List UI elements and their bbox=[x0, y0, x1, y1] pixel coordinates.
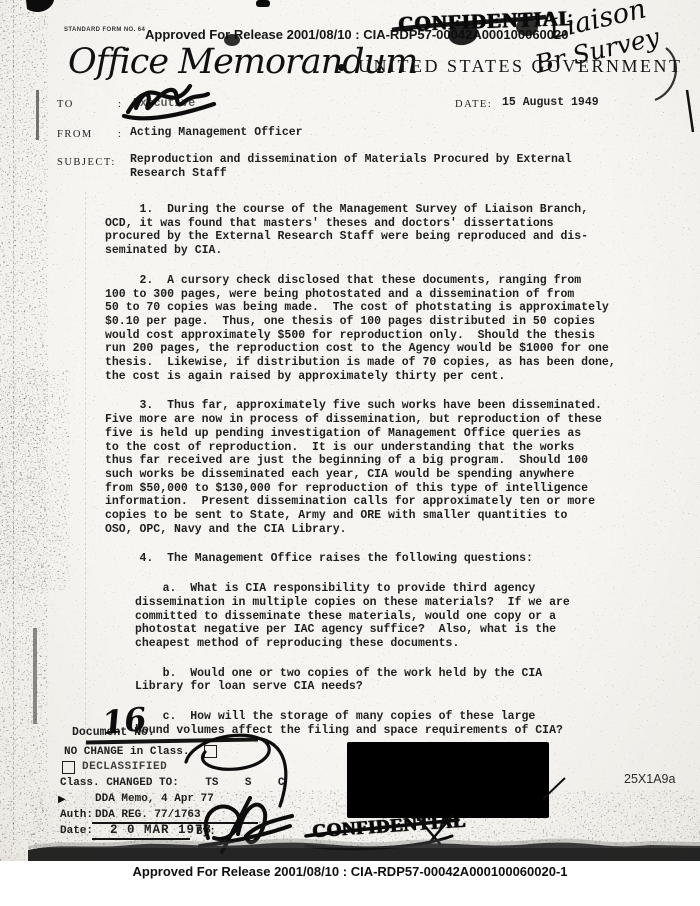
scanned-memo-page: STANDARD FORM NO. 64 Approved For Releas… bbox=[0, 0, 700, 861]
no-change-checkbox bbox=[204, 745, 217, 758]
corner-blob bbox=[26, 0, 54, 12]
scan-bottom-edge bbox=[28, 843, 700, 861]
memo-body: 1. During the course of the Management S… bbox=[105, 203, 627, 754]
document-no-handwritten-value: 16 bbox=[100, 700, 148, 742]
no-change-line: NO CHANGE in Class. bbox=[64, 746, 189, 758]
auth-label: Auth: bbox=[60, 809, 93, 821]
title-separator-dot-icon bbox=[338, 64, 345, 71]
auth-value: DDA REG. 77/1763 bbox=[95, 809, 201, 821]
to-label: TO bbox=[57, 99, 74, 110]
memo-paragraph-2: 2. A cursory check disclosed that these … bbox=[105, 274, 627, 384]
footer-release-line: Approved For Release 2001/08/10 : CIA-RD… bbox=[0, 864, 700, 879]
paper-fold-line bbox=[13, 0, 14, 845]
from-value: Acting Management Officer bbox=[130, 126, 303, 139]
to-colon: : bbox=[118, 99, 122, 110]
declassified-checkbox bbox=[62, 761, 75, 774]
memo-paragraph-4b: b. Would one or two copies of the work h… bbox=[135, 667, 627, 694]
top-edge-blob bbox=[256, 0, 270, 7]
scan-bottom-edge-fringe bbox=[28, 839, 700, 848]
standard-form-number: STANDARD FORM NO. 64 bbox=[64, 27, 145, 33]
memo-paragraph-4a: a. What is CIA responsibility to provide… bbox=[135, 582, 627, 651]
noise-left-band bbox=[0, 0, 48, 861]
memo-paragraph-1: 1. During the course of the Management S… bbox=[105, 203, 627, 258]
redaction-code-label: 25X1A9a bbox=[624, 772, 675, 786]
subject-label: SUBJECT: bbox=[57, 157, 116, 168]
date-stamp-label: Date: bbox=[60, 825, 93, 837]
subject-value: Reproduction and dissemination of Materi… bbox=[130, 153, 572, 180]
date-underline bbox=[92, 838, 190, 840]
noise-mid-left bbox=[0, 370, 70, 590]
declassified-line: DECLASSIFIED bbox=[82, 761, 167, 773]
from-label: FROM bbox=[57, 129, 93, 140]
org-title: UNITED STATES GOVERNMENT bbox=[358, 56, 683, 77]
memo-paragraph-3: 3. Thus far, approximately five such wor… bbox=[105, 399, 627, 536]
redaction-bar bbox=[347, 742, 549, 818]
right-pen-mark bbox=[687, 90, 693, 132]
date-label: DATE: bbox=[455, 99, 492, 110]
by-label: By: bbox=[196, 826, 216, 838]
signature-initials-scribble bbox=[200, 798, 292, 852]
from-colon: : bbox=[118, 129, 122, 140]
class-changed-line: Class. CHANGED TO: TS S C bbox=[60, 777, 284, 789]
date-value: 15 August 1949 bbox=[502, 96, 599, 109]
memo-paragraph-4c: c. How will the storage of many copies o… bbox=[135, 710, 627, 737]
memo-paragraph-4: 4. The Management Office raises the foll… bbox=[105, 552, 627, 566]
dda-memo-line: DDA Memo, 4 Apr 77 bbox=[95, 793, 214, 805]
to-value: Executive bbox=[133, 97, 195, 110]
arrow-right-icon: ▶ bbox=[58, 794, 66, 805]
left-edge-mark-2 bbox=[33, 628, 37, 724]
left-edge-mark-1 bbox=[36, 90, 39, 140]
